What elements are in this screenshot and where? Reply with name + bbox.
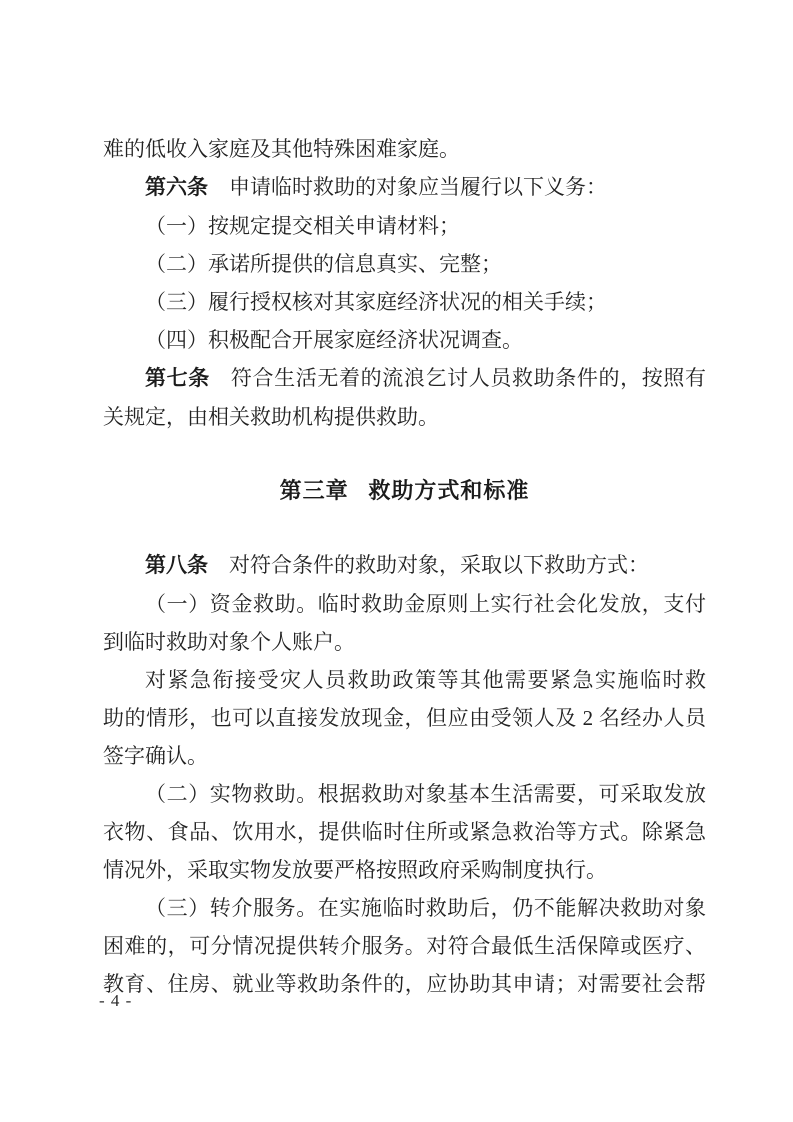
line-text: 符合生活无着的流浪乞讨人员救助条件的，按照有: [231, 366, 706, 390]
line-text: （四）积极配合开展家庭经济状况调查。: [145, 328, 523, 352]
line-text: 对紧急衔接受灾人员救助政策等其他需要紧急实施临时救: [145, 668, 706, 692]
text-line: （一）按规定提交相关申请材料；: [103, 207, 706, 245]
line-text: （三）履行授权核对其家庭经济状况的相关手续；: [145, 290, 607, 314]
article-number: 第七条: [145, 367, 210, 390]
text-line: 关规定，由相关救助机构提供救助。: [103, 398, 706, 436]
text-line: 教育、住房、就业等救助条件的，应协助其申请；对需要社会帮: [103, 965, 706, 1003]
document-body: 难的低收入家庭及其他特殊困难家庭。第六条申请临时救助的对象应当履行以下义务：（一…: [103, 130, 706, 1003]
line-text: 衣物、食品、饮用水，提供临时住所或紧急救治等方式。除紧急: [103, 820, 706, 844]
line-text: （二）承诺所提供的信息真实、完整；: [145, 252, 502, 276]
line-text: 助的情形，也可以直接发放现金，但应由受领人及 2 名经办人员: [103, 706, 706, 730]
document-page: 难的低收入家庭及其他特殊困难家庭。第六条申请临时救助的对象应当履行以下义务：（一…: [0, 0, 793, 1122]
line-text: 困难的，可分情况提供转介服务。对符合最低生活保障或医疗、: [103, 934, 706, 958]
text-line: 签字确认。: [103, 737, 706, 775]
line-text: （二）实物救助。根据救助对象基本生活需要，可采取发放: [145, 782, 706, 806]
text-line: （二）实物救助。根据救助对象基本生活需要，可采取发放: [103, 775, 706, 813]
line-text: 关规定，由相关救助机构提供救助。: [103, 405, 439, 429]
text-line: 难的低收入家庭及其他特殊困难家庭。: [103, 130, 706, 168]
line-text: （三）转介服务。在实施临时救助后，仍不能解决救助对象: [145, 896, 706, 920]
line-text: （一）按规定提交相关申请材料；: [145, 214, 460, 238]
text-line: 困难的，可分情况提供转介服务。对符合最低生活保障或医疗、: [103, 927, 706, 965]
text-line: （二）承诺所提供的信息真实、完整；: [103, 245, 706, 283]
text-line: 第八条对符合条件的救助对象，采取以下救助方式：: [103, 546, 706, 585]
page-number: - 4 -: [99, 990, 132, 1012]
chapter-number: 第三章: [280, 478, 349, 503]
text-line: 衣物、食品、饮用水，提供临时住所或紧急救治等方式。除紧急: [103, 813, 706, 851]
text-line: （四）积极配合开展家庭经济状况调查。: [103, 321, 706, 359]
line-text: 签字确认。: [103, 744, 208, 768]
article-number: 第八条: [145, 554, 208, 577]
text-line: 助的情形，也可以直接发放现金，但应由受领人及 2 名经办人员: [103, 699, 706, 737]
text-line: （三）履行授权核对其家庭经济状况的相关手续；: [103, 283, 706, 321]
text-line: 对紧急衔接受灾人员救助政策等其他需要紧急实施临时救: [103, 661, 706, 699]
text-line: （一）资金救助。临时救助金原则上实行社会化发放，支付: [103, 585, 706, 623]
line-text: 教育、住房、就业等救助条件的，应协助其申请；对需要社会帮: [103, 972, 706, 996]
line-text: （一）资金救助。临时救助金原则上实行社会化发放，支付: [145, 592, 706, 616]
text-line: （三）转介服务。在实施临时救助后，仍不能解决救助对象: [103, 889, 706, 927]
line-text: 申请临时救助的对象应当履行以下义务：: [229, 175, 607, 199]
article-number: 第六条: [145, 176, 208, 199]
text-line: 第六条申请临时救助的对象应当履行以下义务：: [103, 168, 706, 207]
chapter-heading: 第三章救助方式和标准: [103, 472, 706, 510]
line-text: 到临时救助对象个人账户。: [103, 630, 355, 654]
line-text: 对符合条件的救助对象，采取以下救助方式：: [229, 553, 649, 577]
text-line: 到临时救助对象个人账户。: [103, 623, 706, 661]
line-text: 情况外，采取实物发放要严格按照政府采购制度执行。: [103, 858, 607, 882]
text-line: 情况外，采取实物发放要严格按照政府采购制度执行。: [103, 851, 706, 889]
chapter-title: 救助方式和标准: [368, 478, 529, 503]
text-line: 第七条符合生活无着的流浪乞讨人员救助条件的，按照有: [103, 359, 706, 398]
line-text: 难的低收入家庭及其他特殊困难家庭。: [103, 137, 460, 161]
